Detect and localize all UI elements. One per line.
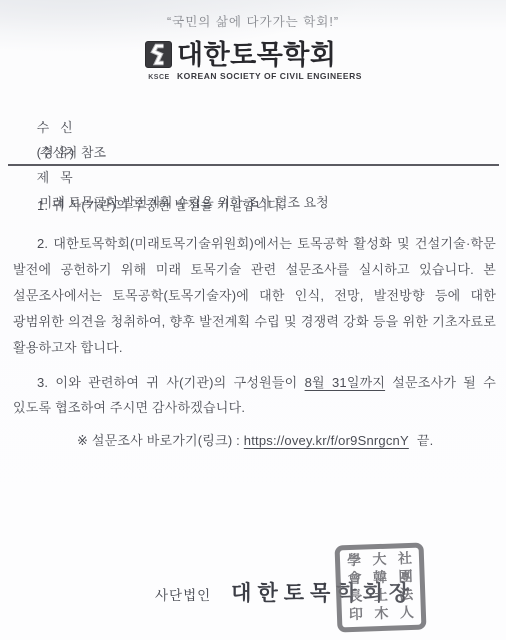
seal-column: 學 會 長 印 (342, 552, 368, 624)
org-name-korean: 대한토목학회 (177, 41, 337, 70)
survey-link-line: ※ 설문조사 바로가기(링크) : https://ovey.kr/f/or9S… (13, 431, 496, 451)
survey-url: https://ovey.kr/f/or9SnrgcnY (244, 433, 409, 448)
seal-character: 長 (348, 589, 363, 606)
document-header-fields: 수 신 수신처 참조 (경 유) 제 목 미래 토목공학 발전계획 수립을 위한… (15, 90, 496, 165)
seal-character: 會 (347, 571, 362, 588)
seal-character: 團 (398, 569, 413, 586)
header-divider (8, 164, 499, 166)
via-label: (경 유) (37, 145, 74, 160)
seal-character: 大 (372, 552, 387, 569)
paragraph-3: 3. 이와 관련하여 귀 사(기관)의 구성원들이 8월 31일까지 설문조사가… (13, 370, 496, 420)
paragraph-1: 1. 귀 사(기관)의 무궁한 발전을 기원합니다. (13, 196, 496, 216)
seal-character: 社 (398, 551, 413, 568)
logo-name-column: 대한토목학회 KOREAN SOCIETY OF CIVIL ENGINEERS (177, 41, 362, 81)
org-slogan: “국민의 삶에 다가가는 학회!” (0, 12, 506, 30)
org-logo: KSCE 대한토목학회 KOREAN SOCIETY OF CIVIL ENGI… (0, 41, 506, 81)
end-mark: 끝. (417, 433, 434, 448)
seal-character: 印 (349, 607, 364, 624)
official-seal-stamp: 社 團 法 人 大 韓 土 木 學 會 長 印 (335, 542, 427, 632)
scanned-letter-page: “국민의 삶에 다가가는 학회!” KSCE 대한토목학회 KOREAN SOC… (0, 0, 506, 640)
logo-mark-column: KSCE (144, 41, 174, 81)
seal-character: 人 (400, 605, 415, 622)
survey-link-prefix: ※ 설문조사 바로가기(링크) : (77, 433, 244, 448)
seal-column: 社 團 法 人 (393, 551, 419, 623)
paragraph-2: 2. 대한토목학회(미래토목기술위원회)에서는 토목공학 활성화 및 건설기술·… (13, 231, 496, 361)
seal-character: 土 (374, 588, 389, 605)
subject-label: 제 목 (37, 165, 81, 190)
seal-character: 木 (374, 606, 389, 623)
seal-character: 法 (399, 587, 414, 604)
recipient-row: 수 신 수신처 참조 (15, 90, 496, 115)
org-type-text: 사단법인 (155, 584, 211, 604)
via-row: (경 유) (15, 115, 496, 140)
letter-body: 1. 귀 사(기관)의 무궁한 발전을 기원합니다. 2. 대한토목학회(미래토… (13, 196, 496, 451)
seal-character: 韓 (373, 570, 388, 587)
seal-character: 學 (347, 553, 362, 570)
logo-abbr-text: KSCE (148, 74, 169, 81)
paragraph-3-text: 3. 이와 관련하여 귀 사(기관)의 구성원들이 (37, 375, 305, 390)
deadline-text: 8월 31일까지 (305, 375, 386, 390)
org-name-english: KOREAN SOCIETY OF CIVIL ENGINEERS (177, 71, 362, 81)
seal-column: 大 韓 土 木 (367, 552, 393, 624)
recipient-label: 수 신 (37, 115, 81, 140)
ksce-s-mark-icon (145, 41, 172, 73)
